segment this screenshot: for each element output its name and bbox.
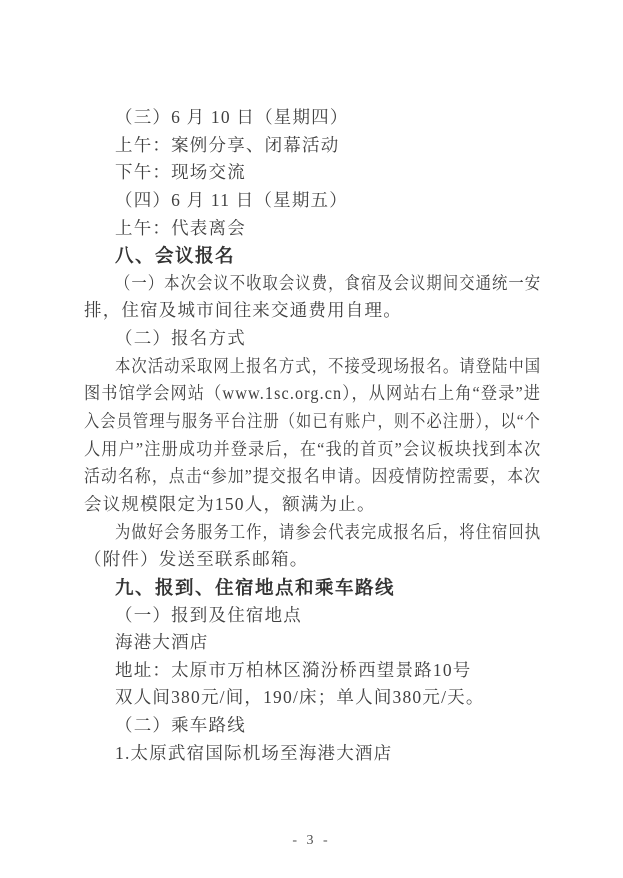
doc-line-text: （三）6 月 10 日（星期四）: [115, 104, 349, 132]
doc-line-text: 为做好会务服务工作，请参会代表完成报名后，将住宿回执: [115, 519, 541, 547]
doc-line-text: 下午：现场交流: [115, 159, 246, 187]
doc-line-text: 人用户”注册成功并登录后，在“我的首页”会议板块找到本次: [84, 436, 541, 464]
doc-line: 本次活动采取网上报名方式，不接受现场报名。请登陆中国: [84, 353, 545, 381]
doc-line: 上午：案例分享、闭幕活动: [84, 132, 545, 160]
doc-line-text: （二）报名方式: [115, 325, 246, 353]
doc-line: 活动名称，点击“参加”提交报名申请。因疫情防控需要，本次: [84, 463, 545, 491]
doc-line: （附件）发送至联系邮箱。: [84, 546, 545, 574]
document-text-block: （三）6 月 10 日（星期四） 上午：案例分享、闭幕活动 下午：现场交流 （四…: [84, 104, 545, 767]
doc-line-text: （一）本次会议不收取会议费，食宿及会议期间交通统一安: [115, 270, 541, 298]
doc-line: 双人间380元/间，190/床；单人间380元/天。: [84, 684, 545, 712]
doc-line-text: （二）乘车路线: [115, 712, 246, 740]
doc-line: 海港大酒店: [84, 629, 545, 657]
doc-line: 上午：代表离会: [84, 215, 545, 243]
doc-line: 会议规模限定为150人，额满为止。: [84, 491, 545, 519]
doc-line-text: 双人间380元/间，190/床；单人间380元/天。: [115, 684, 485, 712]
doc-line: （二）乘车路线: [84, 712, 545, 740]
doc-line-text: 海港大酒店: [115, 629, 209, 657]
doc-line: （二）报名方式: [84, 325, 545, 353]
doc-line: 地址：太原市万柏林区漪汾桥西望景路10号: [84, 657, 545, 685]
doc-line: 1.太原武宿国际机场至海港大酒店: [84, 740, 545, 768]
page-number: - 3 -: [0, 833, 623, 849]
doc-line-text: 排，住宿及城市间往来交通费用自理。: [84, 297, 402, 325]
doc-line-text: 1.太原武宿国际机场至海港大酒店: [115, 740, 392, 768]
document-page: { "document": { "lines": [ "（三）6 月 10 日（…: [0, 0, 623, 878]
doc-line: （一）本次会议不收取会议费，食宿及会议期间交通统一安: [84, 270, 545, 298]
doc-line: 入会员管理与服务平台注册（如已有账户，则不必注册），以“个: [84, 408, 545, 436]
doc-line: 图书馆学会网站（www.1sc.org.cn），从网站右上角“登录”进: [84, 380, 545, 408]
doc-line: （一）报到及住宿地点: [84, 602, 545, 630]
doc-line-text: 上午：案例分享、闭幕活动: [115, 132, 339, 160]
section-heading: 九、报到、住宿地点和乘车路线: [84, 574, 545, 602]
doc-line: 下午：现场交流: [84, 159, 545, 187]
section-heading-text: 八、会议报名: [115, 242, 235, 270]
doc-line-text: 图书馆学会网站（www.1sc.org.cn），从网站右上角“登录”进: [84, 380, 541, 408]
doc-line-text: （一）报到及住宿地点: [115, 602, 302, 630]
doc-line-text: （附件）发送至联系邮箱。: [84, 546, 308, 574]
doc-line: （四）6 月 11 日（星期五）: [84, 187, 545, 215]
doc-line: 排，住宿及城市间往来交通费用自理。: [84, 297, 545, 325]
doc-line-text: （四）6 月 11 日（星期五）: [115, 187, 348, 215]
doc-line-text: 地址：太原市万柏林区漪汾桥西望景路10号: [115, 657, 472, 685]
doc-line: （三）6 月 10 日（星期四）: [84, 104, 545, 132]
doc-line-text: 本次活动采取网上报名方式，不接受现场报名。请登陆中国: [115, 353, 541, 381]
section-heading-text: 九、报到、住宿地点和乘车路线: [115, 574, 395, 602]
doc-line-text: 会议规模限定为150人，额满为止。: [84, 491, 376, 519]
section-heading: 八、会议报名: [84, 242, 545, 270]
doc-line: 人用户”注册成功并登录后，在“我的首页”会议板块找到本次: [84, 436, 545, 464]
doc-line: 为做好会务服务工作，请参会代表完成报名后，将住宿回执: [84, 519, 545, 547]
doc-line-text: 活动名称，点击“参加”提交报名申请。因疫情防控需要，本次: [84, 463, 541, 491]
doc-line-text: 入会员管理与服务平台注册（如已有账户，则不必注册），以“个: [84, 408, 541, 436]
doc-line-text: 上午：代表离会: [115, 215, 246, 243]
